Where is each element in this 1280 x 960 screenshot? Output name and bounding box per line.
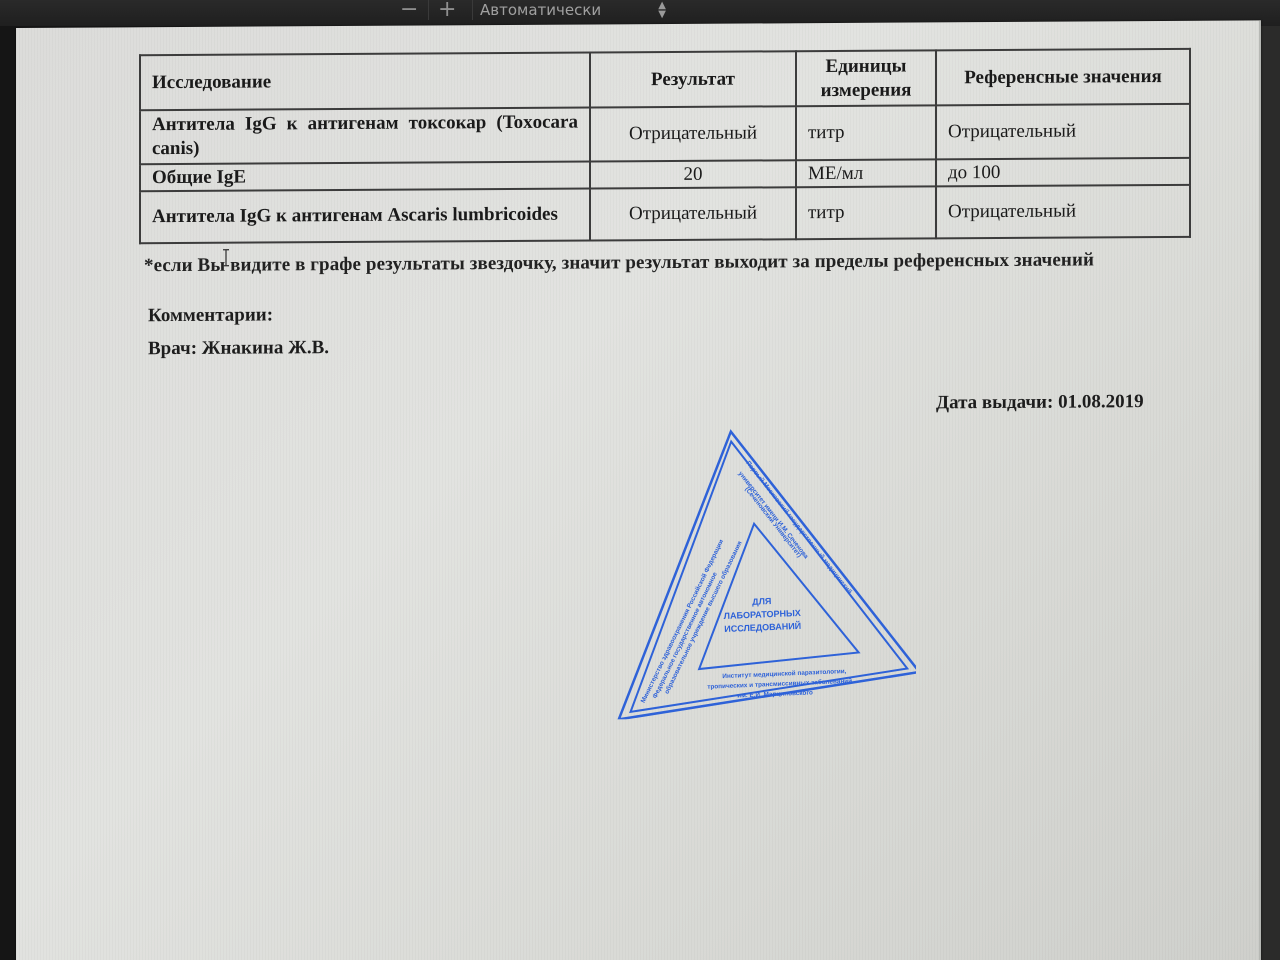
stamp-center-line2: ЛАБОРАТОРНЫХ (724, 608, 801, 621)
cell-study: Антитела IgG к антигенам Ascaris lumbric… (140, 188, 590, 243)
stamp-bottom-line3: им. Е.И. Марциновского (737, 689, 813, 699)
stamp-center-line3: ИССЛЕДОВАНИЙ (724, 620, 801, 634)
cell-study: Антитела IgG к антигенам токсокар (Toxoc… (140, 107, 590, 164)
header-reference: Референсные значения (936, 49, 1190, 106)
stamp-left-line2: Федеральное государственное автономное (652, 571, 719, 700)
cell-reference: Отрицательный (936, 104, 1190, 160)
page-edge (1259, 20, 1261, 960)
lab-stamp: ДЛЯ ЛАБОРАТОРНЫХ ИССЛЕДОВАНИЙ Министерст… (606, 428, 916, 720)
zoom-mode-select[interactable]: Автоматически ▲▼ (480, 0, 670, 20)
cell-units: МЕ/мл (796, 159, 936, 187)
stamp-center-line1: ДЛЯ (752, 596, 772, 607)
cell-units: титр (796, 186, 936, 239)
stamp-left-line1: Министерство здравоохранения Российской … (639, 538, 725, 704)
cell-result: Отрицательный (590, 106, 796, 161)
page-surface: Исследование Результат Единицы измерения… (16, 20, 1261, 960)
zoom-mode-value: Автоматически (480, 1, 601, 19)
cell-study: Общие IgE (140, 161, 590, 191)
issue-date: Дата выдачи: 01.08.2019 (936, 391, 1144, 414)
text-cursor-icon (221, 249, 231, 267)
screen-photo: − + Автоматически ▲▼ Исследование Резуль… (0, 0, 1280, 960)
table-header-row: Исследование Результат Единицы измерения… (140, 49, 1190, 110)
select-arrows-icon: ▲▼ (658, 0, 666, 19)
footnote: *если Вы видите в графе результаты звезд… (144, 249, 1094, 277)
header-units: Единицы измерения (796, 50, 936, 106)
stamp-triangle-icon: ДЛЯ ЛАБОРАТОРНЫХ ИССЛЕДОВАНИЙ Министерст… (606, 428, 916, 720)
cell-result: 20 (590, 160, 796, 188)
zoom-in-button[interactable]: + (438, 0, 456, 23)
toolbar-divider (428, 0, 429, 20)
toolbar-divider (472, 0, 473, 20)
comments-label: Комментарии: (148, 304, 273, 327)
cell-result: Отрицательный (590, 187, 796, 240)
results-table: Исследование Результат Единицы измерения… (139, 48, 1191, 244)
header-study: Исследование (140, 52, 590, 110)
plus-icon: + (438, 0, 456, 22)
minus-icon: − (400, 0, 418, 22)
document-page: Исследование Результат Единицы измерения… (16, 20, 1261, 960)
doctor-name: Врач: Жнакина Ж.В. (148, 337, 329, 360)
header-result: Результат (590, 51, 796, 107)
cell-reference: Отрицательный (936, 185, 1190, 239)
stamp-right-line1: Первый Московский государственный медици… (744, 459, 853, 595)
table-row: Антитела IgG к антигенам Ascaris lumbric… (140, 185, 1190, 243)
zoom-out-button[interactable]: − (400, 0, 418, 23)
table-row: Антитела IgG к антигенам токсокар (Toxoc… (140, 104, 1190, 164)
cell-reference: до 100 (936, 158, 1190, 187)
cell-units: титр (796, 105, 936, 160)
